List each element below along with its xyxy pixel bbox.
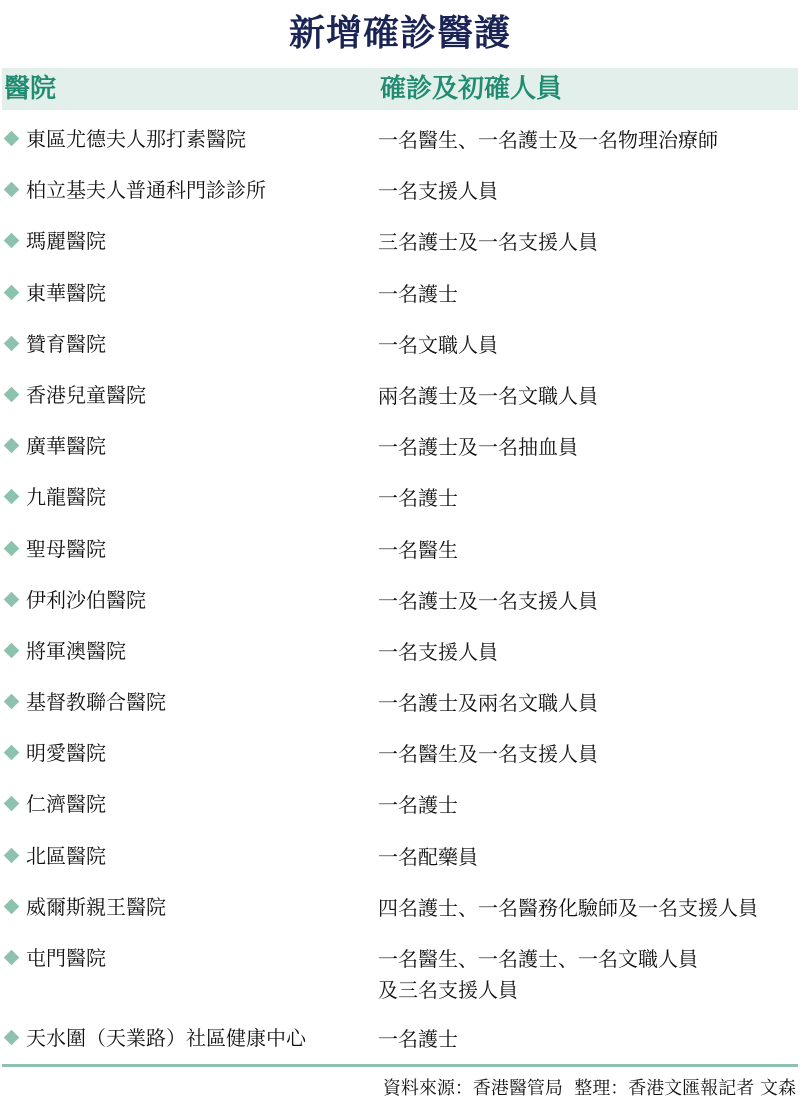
hospital-name: 將軍澳醫院 [26,637,126,665]
table-row: 柏立基夫人普通科門診診所一名支援人員 [0,166,800,217]
hospital-name: 仁濟醫院 [26,790,106,818]
diamond-bullet-icon [4,540,20,556]
table-row: 伊利沙伯醫院一名護士及一名支援人員 [0,576,800,627]
footer-divider [2,1064,798,1067]
hospital-name: 九龍醫院 [26,483,106,511]
diamond-bullet-icon [4,387,20,403]
table-row: 將軍澳醫院一名支援人員 [0,627,800,678]
staff-description: 一名護士 [378,790,798,821]
staff-description: 一名醫生、一名護士、一名文職人員 及三名支援人員 [378,944,798,1006]
hospital-name: 天水圍（天業路）社區健康中心 [26,1024,306,1052]
staff-description: 一名支援人員 [378,637,798,668]
hospital-name: 東華醫院 [26,279,106,307]
hospital-name: 東區尤德夫人那打素醫院 [26,125,246,153]
source-credit: 資料來源：香港醫管局 整理：香港文匯報記者 文森 [383,1072,796,1106]
staff-description: 一名醫生 [378,535,798,566]
hospital-name: 贊育醫院 [26,330,106,358]
hospital-name: 伊利沙伯醫院 [26,586,146,614]
hospital-name: 柏立基夫人普通科門診診所 [26,176,266,204]
hospital-name: 明愛醫院 [26,739,106,767]
diamond-bullet-icon [4,233,20,249]
hospital-name: 基督教聯合醫院 [26,688,166,716]
diamond-bullet-icon [4,284,20,300]
hospital-name: 廣華醫院 [26,432,106,460]
staff-description: 一名護士 [378,483,798,514]
diamond-bullet-icon [4,131,20,147]
table-row: 贊育醫院一名文職人員 [0,320,800,371]
diamond-bullet-icon [4,950,20,966]
table-row: 香港兒童醫院兩名護士及一名文職人員 [0,371,800,422]
column-header-hospital: 醫院 [4,72,56,106]
staff-description: 兩名護士及一名文職人員 [378,381,798,412]
hospital-name: 屯門醫院 [26,944,106,972]
hospital-name: 瑪麗醫院 [26,227,106,255]
diamond-bullet-icon [4,899,20,915]
table-row: 北區醫院一名配藥員 [0,832,800,883]
diamond-bullet-icon [4,335,20,351]
diamond-bullet-icon [4,438,20,454]
diamond-bullet-icon [4,796,20,812]
page-title: 新增確診醫護 [0,8,800,58]
staff-description: 四名護士、一名醫務化驗師及一名支援人員 [378,893,798,924]
staff-description: 一名支援人員 [378,176,798,207]
diamond-bullet-icon [4,694,20,710]
diamond-bullet-icon [4,591,20,607]
staff-description: 一名文職人員 [378,330,798,361]
table-row: 東區尤德夫人那打素醫院一名醫生、一名護士及一名物理治療師 [0,115,800,166]
table-row: 九龍醫院一名護士 [0,473,800,524]
diamond-bullet-icon [4,745,20,761]
staff-description: 一名醫生及一名支援人員 [378,739,798,770]
table-row: 屯門醫院一名醫生、一名護士、一名文職人員 及三名支援人員 [0,934,800,1014]
table-row: 基督教聯合醫院一名護士及兩名文職人員 [0,678,800,729]
table-row: 聖母醫院一名醫生 [0,525,800,576]
staff-description: 一名護士及一名支援人員 [378,586,798,617]
table-row: 瑪麗醫院三名護士及一名支援人員 [0,217,800,268]
hospital-name: 北區醫院 [26,842,106,870]
staff-description: 三名護士及一名支援人員 [378,227,798,258]
staff-description: 一名護士 [378,279,798,310]
staff-description: 一名配藥員 [378,842,798,873]
staff-description: 一名護士及一名抽血員 [378,432,798,463]
diamond-bullet-icon [4,1030,20,1046]
table-header: 醫院 確診及初確人員 [2,68,798,110]
staff-description: 一名護士及兩名文職人員 [378,688,798,719]
diamond-bullet-icon [4,182,20,198]
hospital-name: 威爾斯親王醫院 [26,893,166,921]
hospital-name: 香港兒童醫院 [26,381,146,409]
hospital-name: 聖母醫院 [26,535,106,563]
table-row: 仁濟醫院一名護士 [0,780,800,831]
staff-description: 一名醫生、一名護士及一名物理治療師 [378,125,798,156]
table-row: 天水圍（天業路）社區健康中心一名護士 [0,1014,800,1065]
table-row: 廣華醫院一名護士及一名抽血員 [0,422,800,473]
table-body: 東區尤德夫人那打素醫院一名醫生、一名護士及一名物理治療師 柏立基夫人普通科門診診… [0,115,800,1065]
diamond-bullet-icon [4,847,20,863]
diamond-bullet-icon [4,643,20,659]
table-row: 東華醫院一名護士 [0,269,800,320]
column-header-staff: 確診及初確人員 [380,72,562,106]
diamond-bullet-icon [4,489,20,505]
staff-description: 一名護士 [378,1024,798,1055]
table-row: 明愛醫院一名醫生及一名支援人員 [0,729,800,780]
table-row: 威爾斯親王醫院四名護士、一名醫務化驗師及一名支援人員 [0,883,800,934]
